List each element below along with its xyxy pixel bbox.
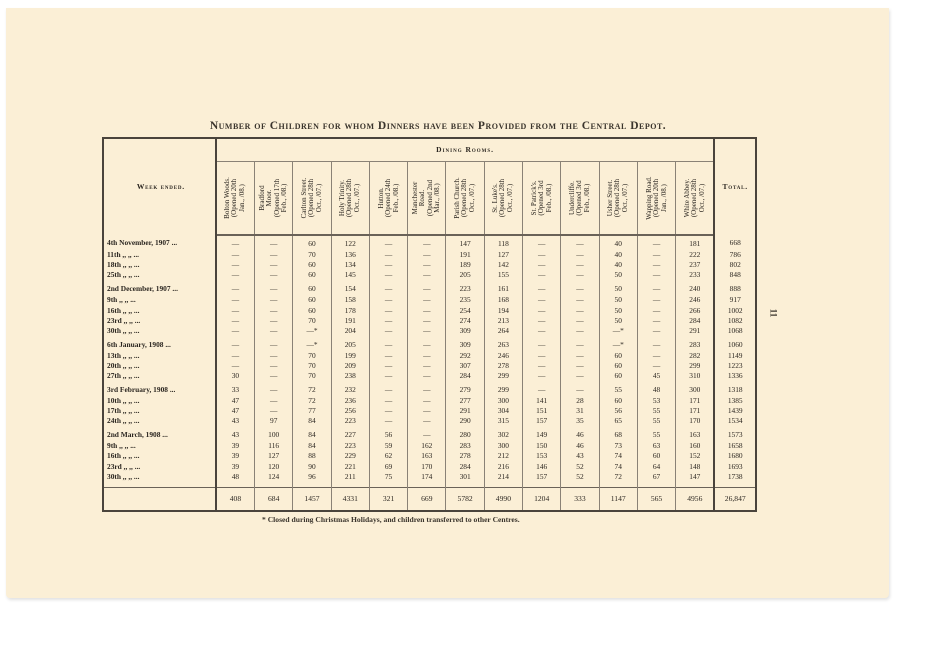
value-cell: 60 <box>293 296 331 306</box>
value-cell: — <box>408 281 446 296</box>
value-cell: —* <box>293 327 331 337</box>
value-cell: 124 <box>255 473 293 483</box>
value-cell: 48 <box>637 382 675 397</box>
column-header-line: Oct., /07.) <box>469 177 476 219</box>
value-cell: 309 <box>446 337 484 352</box>
value-cell: 43 <box>561 452 599 462</box>
value-cell: 227 <box>331 427 369 442</box>
table-row: 9th ,, ,, ...——60158——235168——50—246917 <box>104 296 755 306</box>
row-total-cell: 1318 <box>714 382 755 397</box>
column-header-line: Oct., /07.) <box>354 179 361 217</box>
column-header: White Abbey.(Opened 28thOct., /07.) <box>676 162 715 236</box>
column-total-cell: 1457 <box>293 488 331 511</box>
column-total-cell: 321 <box>369 488 407 511</box>
value-cell: — <box>637 337 675 352</box>
table-title: Number of Children for whom Dinners have… <box>138 120 738 132</box>
value-cell: 84 <box>293 417 331 427</box>
value-cell: — <box>408 337 446 352</box>
value-cell: 96 <box>293 473 331 483</box>
value-cell: 67 <box>637 473 675 483</box>
value-cell: —* <box>599 327 637 337</box>
dinners-table: Week ended. Dining Rooms. Total. Bolton … <box>102 137 757 512</box>
week-cell: 16th ,, ,, ... <box>104 452 216 462</box>
value-cell: — <box>523 235 561 251</box>
value-cell: 70 <box>293 372 331 382</box>
row-total-cell: 1068 <box>714 327 755 337</box>
value-cell: —* <box>293 337 331 352</box>
footnote: * Closed during Christmas Holidays, and … <box>262 515 520 524</box>
value-cell: 122 <box>331 235 369 251</box>
column-header: Hutton.(Opened 24thFeb., /08.) <box>369 162 407 236</box>
value-cell: 163 <box>408 452 446 462</box>
value-cell: — <box>561 271 599 281</box>
table-row: 3rd February, 1908 ...33—72232——279299——… <box>104 382 755 397</box>
value-cell: 35 <box>561 417 599 427</box>
value-cell: 299 <box>484 372 522 382</box>
value-cell: 214 <box>484 473 522 483</box>
week-cell: 25th ,, ,, ... <box>104 271 216 281</box>
value-cell: 147 <box>676 473 715 483</box>
column-total-cell: 5782 <box>446 488 484 511</box>
data-table: Week ended. Dining Rooms. Total. Bolton … <box>104 139 755 510</box>
table-row: 4th November, 1907 ...——60122——147118——4… <box>104 235 755 251</box>
value-cell: — <box>637 235 675 251</box>
value-cell: — <box>408 417 446 427</box>
value-cell: 56 <box>369 427 407 442</box>
value-cell: — <box>408 235 446 251</box>
row-total-cell: 1738 <box>714 473 755 483</box>
value-cell: — <box>408 327 446 337</box>
column-header-line: Jan., /08.) <box>660 176 667 219</box>
value-cell: 39 <box>216 452 255 462</box>
value-cell: — <box>369 296 407 306</box>
table-row: 24th ,, ,, ...439784223——290315157356555… <box>104 417 755 427</box>
value-cell: —* <box>599 337 637 352</box>
value-cell: — <box>369 235 407 251</box>
value-cell: 161 <box>484 281 522 296</box>
value-cell: 284 <box>446 372 484 382</box>
value-cell: — <box>561 372 599 382</box>
table-row: 25th ,, ,, ...——60145——205155——50—233848 <box>104 271 755 281</box>
value-cell: 246 <box>676 296 715 306</box>
value-cell: 145 <box>331 271 369 281</box>
week-cell: 2nd December, 1907 ... <box>104 281 216 296</box>
value-cell: 62 <box>369 452 407 462</box>
value-cell: — <box>408 382 446 397</box>
value-cell: — <box>369 382 407 397</box>
value-cell: — <box>408 372 446 382</box>
column-header: Usher Street.(Opened 28thOct., /07.) <box>599 162 637 236</box>
column-header: BradfordMoor.(Opened 17thFeb., /08.) <box>255 162 293 236</box>
value-cell: 168 <box>484 296 522 306</box>
row-total-cell: 668 <box>714 235 755 251</box>
value-cell: — <box>216 337 255 352</box>
value-cell: 72 <box>599 473 637 483</box>
column-header-line: Feb., /08.) <box>392 179 399 217</box>
value-cell: 152 <box>676 452 715 462</box>
column-total-cell: 4990 <box>484 488 522 511</box>
value-cell: — <box>523 337 561 352</box>
totals-row: 4086841457433132166957824990120433311475… <box>104 488 755 511</box>
column-header: St. Patrick's.(Opened 3rdFeb., /08.) <box>523 162 561 236</box>
value-cell: — <box>637 271 675 281</box>
value-cell: 211 <box>331 473 369 483</box>
value-cell: 204 <box>331 327 369 337</box>
grand-total-cell: 26,847 <box>714 488 755 511</box>
column-header-line: Feb., /08.) <box>281 179 288 217</box>
value-cell: — <box>255 337 293 352</box>
column-header: Carlton Street.(Opened 28thOct., /07.) <box>293 162 331 236</box>
week-cell: 30th ,, ,, ... <box>104 473 216 483</box>
value-cell: 205 <box>331 337 369 352</box>
column-total-cell: 669 <box>408 488 446 511</box>
totals-label-cell <box>104 488 216 511</box>
value-cell: 300 <box>676 382 715 397</box>
value-cell: — <box>255 296 293 306</box>
value-cell: 157 <box>523 473 561 483</box>
value-cell: — <box>523 296 561 306</box>
value-cell: — <box>523 281 561 296</box>
value-cell: — <box>369 327 407 337</box>
row-total-cell: 1534 <box>714 417 755 427</box>
value-cell: 55 <box>637 427 675 442</box>
value-cell: 229 <box>331 452 369 462</box>
value-cell: — <box>216 327 255 337</box>
table-row: 6th January, 1908 ...———*205——309263———*… <box>104 337 755 352</box>
table-row: 30th ,, ,, ...48124962117517430121415752… <box>104 473 755 483</box>
column-header-line: Oct., /07.) <box>507 179 514 217</box>
value-cell: 155 <box>484 271 522 281</box>
value-cell: 60 <box>637 452 675 462</box>
value-cell: — <box>637 327 675 337</box>
value-cell: 149 <box>523 427 561 442</box>
value-cell: 55 <box>637 417 675 427</box>
week-cell: 30th ,, ,, ... <box>104 327 216 337</box>
value-cell: 118 <box>484 235 522 251</box>
value-cell: 299 <box>484 382 522 397</box>
row-total-cell: 1336 <box>714 372 755 382</box>
value-cell: 315 <box>484 417 522 427</box>
column-total-cell: 408 <box>216 488 255 511</box>
column-header: St. Luke's.(Opened 28thOct., /07.) <box>484 162 522 236</box>
value-cell: 223 <box>446 281 484 296</box>
value-cell: — <box>369 271 407 281</box>
table-row: 27th ,, ,, ...30—70238——284299——60453101… <box>104 372 755 382</box>
value-cell: 302 <box>484 427 522 442</box>
column-header-line: Feb., /08.) <box>545 180 552 215</box>
value-cell: 223 <box>331 417 369 427</box>
column-header-line: Oct., /07.) <box>699 179 706 217</box>
value-cell: 46 <box>561 427 599 442</box>
week-cell: 24th ,, ,, ... <box>104 417 216 427</box>
row-total-cell: 1680 <box>714 452 755 462</box>
value-cell: 232 <box>331 382 369 397</box>
value-cell: 68 <box>599 427 637 442</box>
value-cell: — <box>216 235 255 251</box>
value-cell: — <box>561 382 599 397</box>
week-ended-header: Week ended. <box>104 139 216 235</box>
value-cell: — <box>216 271 255 281</box>
total-header: Total. <box>714 139 755 235</box>
value-cell: — <box>255 327 293 337</box>
value-cell: 280 <box>446 427 484 442</box>
value-cell: 290 <box>446 417 484 427</box>
value-cell: — <box>523 327 561 337</box>
column-header-line: Jan., /08.) <box>239 177 246 219</box>
week-cell: 6th January, 1908 ... <box>104 337 216 352</box>
value-cell: 264 <box>484 327 522 337</box>
value-cell: — <box>637 281 675 296</box>
column-total-cell: 4331 <box>331 488 369 511</box>
table-row: 30th ,, ,, ...———*204——309264———*—291106… <box>104 327 755 337</box>
value-cell: 127 <box>255 452 293 462</box>
value-cell: 60 <box>599 372 637 382</box>
column-header: Holy Trinity.(Opened 28thOct., /07.) <box>331 162 369 236</box>
value-cell: 158 <box>331 296 369 306</box>
value-cell: 291 <box>676 327 715 337</box>
row-total-cell: 917 <box>714 296 755 306</box>
value-cell: 181 <box>676 235 715 251</box>
value-cell: 50 <box>599 271 637 281</box>
value-cell: 163 <box>676 427 715 442</box>
value-cell: 40 <box>599 235 637 251</box>
value-cell: 60 <box>293 281 331 296</box>
value-cell: 88 <box>293 452 331 462</box>
value-cell: 153 <box>523 452 561 462</box>
value-cell: 310 <box>676 372 715 382</box>
value-cell: — <box>369 417 407 427</box>
week-cell: 3rd February, 1908 ... <box>104 382 216 397</box>
value-cell: 233 <box>676 271 715 281</box>
week-cell: 2nd March, 1908 ... <box>104 427 216 442</box>
week-cell: 27th ,, ,, ... <box>104 372 216 382</box>
column-header-line: Oct., /07.) <box>622 179 629 217</box>
value-cell: 205 <box>446 271 484 281</box>
value-cell: — <box>408 296 446 306</box>
column-header: ManchesterRoad.(Opened 2ndMar., /08.) <box>408 162 446 236</box>
value-cell: — <box>216 296 255 306</box>
dining-rooms-header: Dining Rooms. <box>216 139 715 162</box>
column-header: Bolton Woods.(Opened 20thJan., /08.) <box>216 162 255 236</box>
week-cell: 4th November, 1907 ... <box>104 235 216 251</box>
table-row: 16th ,, ,, ...39127882296216327821215343… <box>104 452 755 462</box>
value-cell: — <box>369 337 407 352</box>
value-cell: — <box>523 271 561 281</box>
week-cell: 9th ,, ,, ... <box>104 296 216 306</box>
column-header-line: Mar., /08.) <box>434 180 441 216</box>
value-cell: — <box>408 271 446 281</box>
value-cell: 263 <box>484 337 522 352</box>
value-cell: 283 <box>676 337 715 352</box>
value-cell: 154 <box>331 281 369 296</box>
value-cell: 52 <box>561 473 599 483</box>
value-cell: — <box>561 327 599 337</box>
row-total-cell: 1573 <box>714 427 755 442</box>
value-cell: 50 <box>599 296 637 306</box>
value-cell: 84 <box>293 427 331 442</box>
value-cell: — <box>561 296 599 306</box>
row-total-cell: 888 <box>714 281 755 296</box>
table-row: 2nd December, 1907 ...——60154——223161——5… <box>104 281 755 296</box>
value-cell: 75 <box>369 473 407 483</box>
value-cell: 147 <box>446 235 484 251</box>
value-cell: 301 <box>446 473 484 483</box>
value-cell: 43 <box>216 417 255 427</box>
value-cell: 55 <box>599 382 637 397</box>
value-cell: 238 <box>331 372 369 382</box>
value-cell: — <box>369 372 407 382</box>
row-total-cell: 1060 <box>714 337 755 352</box>
column-total-cell: 333 <box>561 488 599 511</box>
value-cell: 74 <box>599 452 637 462</box>
value-cell: 60 <box>293 235 331 251</box>
value-cell: — <box>255 382 293 397</box>
value-cell: 157 <box>523 417 561 427</box>
column-total-cell: 684 <box>255 488 293 511</box>
value-cell: — <box>561 281 599 296</box>
column-total-cell: 1147 <box>599 488 637 511</box>
value-cell: 97 <box>255 417 293 427</box>
value-cell: 100 <box>255 427 293 442</box>
value-cell: 45 <box>637 372 675 382</box>
column-total-cell: 565 <box>637 488 675 511</box>
value-cell: 212 <box>484 452 522 462</box>
table-row: 2nd March, 1908 ...431008422756—28030214… <box>104 427 755 442</box>
value-cell: — <box>408 427 446 442</box>
column-header: Parish Church.(Opened 28thOct., /07.) <box>446 162 484 236</box>
column-total-cell: 4956 <box>676 488 715 511</box>
column-header: Wapping Road.(Opened 20thJan., /08.) <box>637 162 675 236</box>
value-cell: 50 <box>599 281 637 296</box>
value-cell: 43 <box>216 427 255 442</box>
value-cell: 33 <box>216 382 255 397</box>
value-cell: 48 <box>216 473 255 483</box>
value-cell: 309 <box>446 327 484 337</box>
value-cell: — <box>561 235 599 251</box>
column-header-line: Feb., /08.) <box>584 180 591 215</box>
value-cell: — <box>255 372 293 382</box>
value-cell: 30 <box>216 372 255 382</box>
value-cell: 174 <box>408 473 446 483</box>
value-cell: 60 <box>293 271 331 281</box>
value-cell: 278 <box>446 452 484 462</box>
value-cell: 72 <box>293 382 331 397</box>
table-body: 4th November, 1907 ...——60122——147118——4… <box>104 235 755 510</box>
value-cell: 170 <box>676 417 715 427</box>
value-cell: — <box>561 337 599 352</box>
value-cell: 240 <box>676 281 715 296</box>
value-cell: — <box>523 372 561 382</box>
value-cell: — <box>637 296 675 306</box>
column-header: Undercliffe.(Opened 3rdFeb., /08.) <box>561 162 599 236</box>
value-cell: — <box>255 271 293 281</box>
value-cell: — <box>216 281 255 296</box>
value-cell: 279 <box>446 382 484 397</box>
value-cell: — <box>255 235 293 251</box>
value-cell: — <box>523 382 561 397</box>
column-header-line: Oct., /07.) <box>316 178 323 219</box>
column-total-cell: 1204 <box>523 488 561 511</box>
value-cell: 65 <box>599 417 637 427</box>
value-cell: 235 <box>446 296 484 306</box>
value-cell: — <box>369 281 407 296</box>
row-total-cell: 848 <box>714 271 755 281</box>
value-cell: — <box>255 281 293 296</box>
page-number: 11 <box>768 309 778 318</box>
